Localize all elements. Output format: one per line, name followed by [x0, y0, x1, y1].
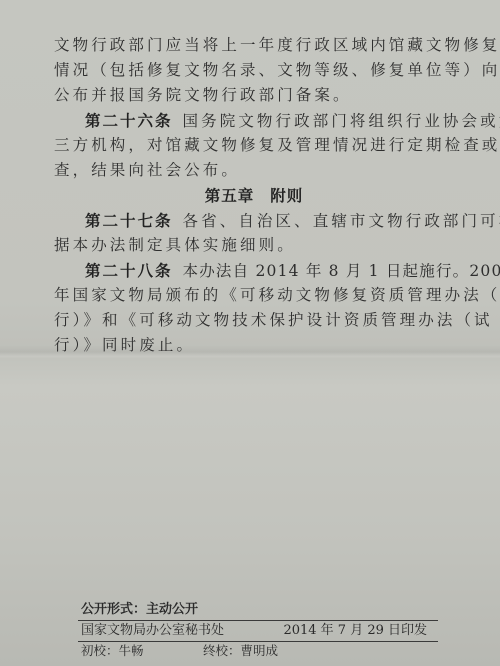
text-line: 文物行政部门应当将上一年度行政区域内馆藏文物修复基本	[54, 33, 454, 58]
text-line: 第二十七条各省、自治区、直辖市文物行政部门可根	[54, 208, 454, 233]
chapter-heading: 第五章附则	[54, 183, 454, 208]
text-line: 第二十六条国务院文物行政部门将组织行业协会或第	[54, 108, 454, 133]
text-line: 查，结果向社会公布。	[54, 158, 454, 183]
text-line: 行）》同时废止。	[54, 333, 454, 358]
article-26: 第二十六条国务院文物行政部门将组织行业协会或第 三方机构，对馆藏文物修复及管理情…	[54, 108, 454, 183]
publication-form: 公开形式：主动公开	[81, 600, 473, 620]
text-line: 第二十八条本办法自 2014 年 8 月 1 日起施行。2007	[54, 258, 454, 283]
issuer-row: 国家文物局办公室秘书处 2014 年 7 月 29 日印发	[81, 621, 427, 641]
article-label: 第二十六条	[85, 111, 173, 130]
text-line: 情况（包括修复文物名录、文物等级、修复单位等）向社会	[54, 58, 454, 83]
article-label: 第二十八条	[85, 261, 173, 280]
issue-date: 2014 年 7 月 29 日印发	[283, 621, 427, 641]
text-line: 行）》和《可移动文物技术保护设计资质管理办法（试	[54, 308, 454, 333]
article-text: 本办法自 2014 年 8 月 1 日起施行。2007	[183, 262, 500, 280]
text-line: 据本办法制定具体实施细则。	[54, 233, 454, 258]
document-footer: 公开形式：主动公开 国家文物局办公室秘书处 2014 年 7 月 29 日印发 …	[81, 600, 473, 660]
text-line: 公布并报国务院文物行政部门备案。	[54, 83, 454, 108]
first-proofreader: 初校：牛畅	[81, 642, 203, 660]
article-label: 第二十七条	[85, 211, 173, 230]
issuer: 国家文物局办公室秘书处	[81, 621, 224, 641]
text-line: 年国家文物局颁布的《可移动文物修复资质管理办法（试	[54, 283, 454, 308]
chapter-number: 第五章	[205, 186, 255, 205]
article-text: 国务院文物行政部门将组织行业协会或第	[183, 112, 500, 130]
final-proofreader: 终校：曹明成	[203, 642, 278, 660]
paragraph-continuation: 文物行政部门应当将上一年度行政区域内馆藏文物修复基本 情况（包括修复文物名录、文…	[54, 33, 454, 108]
document-body: 文物行政部门应当将上一年度行政区域内馆藏文物修复基本 情况（包括修复文物名录、文…	[54, 33, 454, 358]
chapter-title: 附则	[270, 186, 303, 205]
article-text: 各省、自治区、直辖市文物行政部门可根	[183, 212, 500, 230]
proofreader-row: 初校：牛畅 终校：曹明成	[81, 642, 473, 660]
article-28: 第二十八条本办法自 2014 年 8 月 1 日起施行。2007 年国家文物局颁…	[54, 258, 454, 358]
article-27: 第二十七条各省、自治区、直辖市文物行政部门可根 据本办法制定具体实施细则。	[54, 208, 454, 258]
text-line: 三方机构，对馆藏文物修复及管理情况进行定期检查或抽	[54, 133, 454, 158]
